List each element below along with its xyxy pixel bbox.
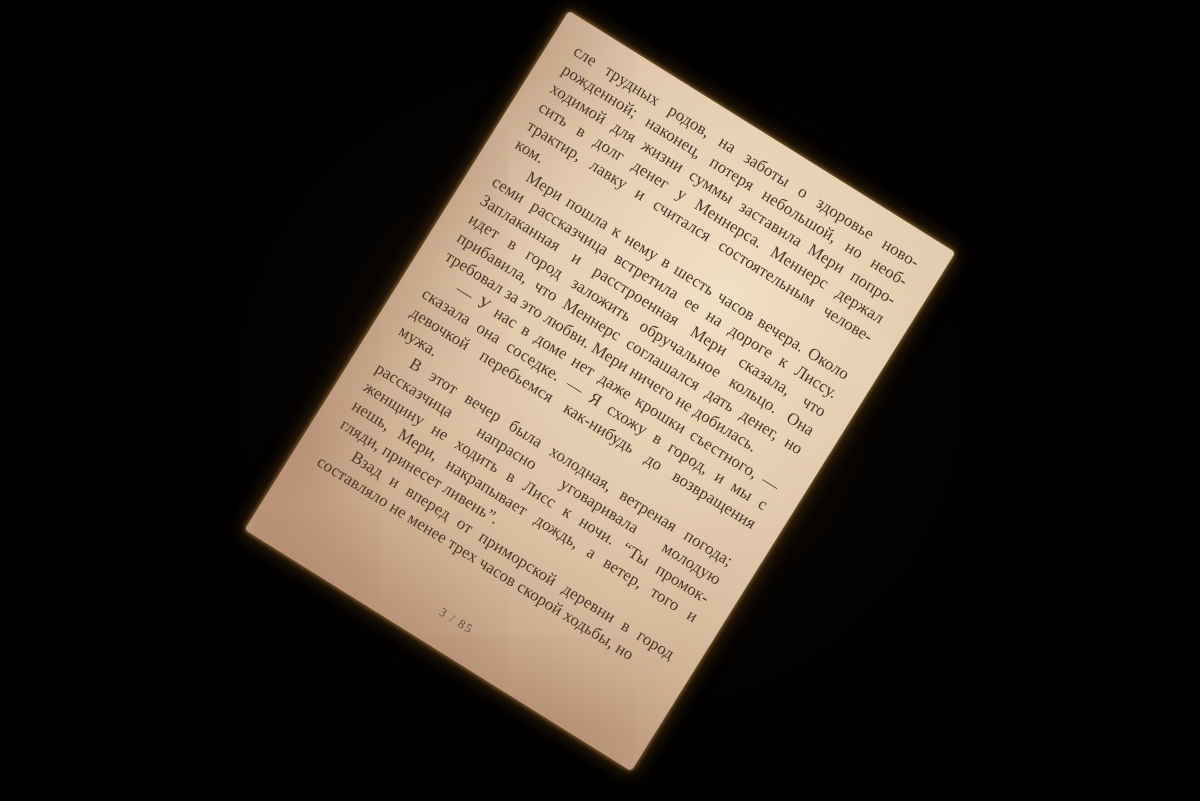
ereader-page: сле трудных родов, на заботы о здоровье … <box>244 11 955 772</box>
photo-backdrop: сле трудных родов, на заботы о здоровье … <box>0 0 1200 801</box>
